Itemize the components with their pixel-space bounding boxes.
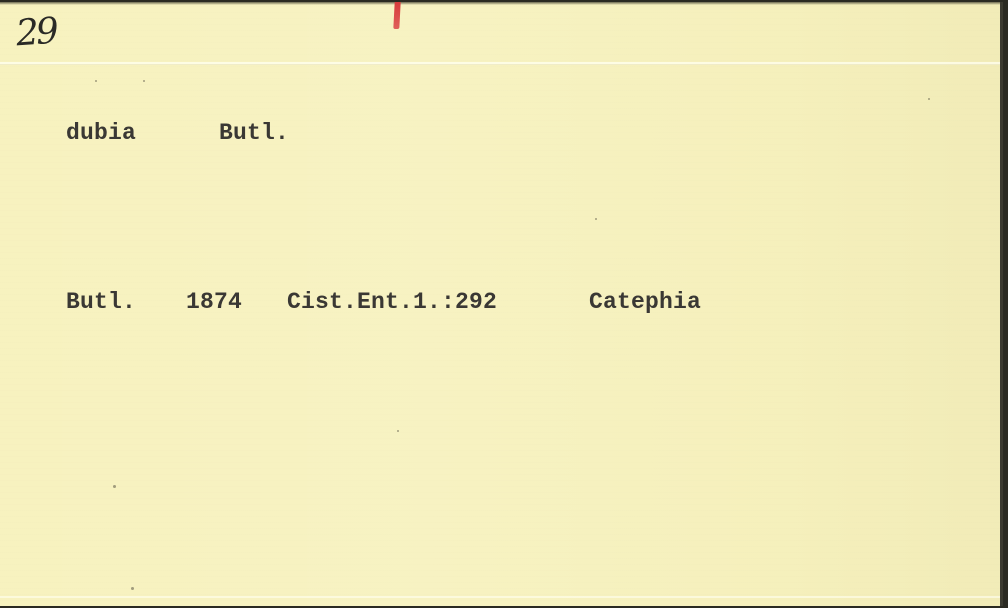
species-author: Butl. — [219, 120, 289, 146]
reference-genus: Catephia — [589, 289, 701, 315]
paper-speck — [397, 430, 399, 432]
paper-speck — [595, 218, 597, 220]
paper-speck — [131, 587, 134, 590]
paper-speck — [113, 485, 116, 488]
header-ruled-line — [0, 62, 1000, 65]
index-card: 29 dubia Butl. Butl. 1874 Cist.Ent.1.:29… — [0, 2, 1003, 606]
species-name: dubia — [66, 120, 136, 146]
paper-speck — [143, 80, 145, 82]
reference-citation: Cist.Ent.1.:292 — [287, 289, 497, 315]
reference-year: 1874 — [186, 289, 242, 315]
card-top-edge — [0, 2, 1000, 5]
handwritten-card-number: 29 — [15, 11, 58, 55]
red-tab-marker — [393, 2, 400, 29]
paper-speck — [95, 80, 97, 82]
paper-speck — [928, 98, 930, 100]
reference-author: Butl. — [66, 289, 136, 315]
bottom-ruled-line — [0, 596, 1000, 598]
